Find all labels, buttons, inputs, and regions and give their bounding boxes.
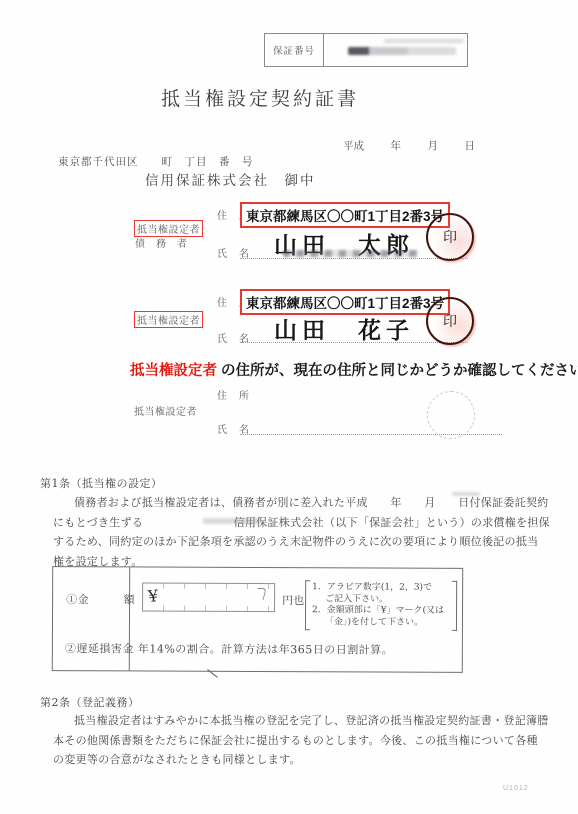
date-era: 平成 [343,138,364,153]
party1-seal-stamp: 印 [426,213,474,261]
article1-line2: にもとづき生ずる 信用保証株式会社（以下「保証会社」という）の求償権を担保 [53,513,553,533]
delay-damages-value: 年14%の割合。計算方法は年365日の日割計算。 [138,640,394,657]
guarantee-number-label: 保証番号 [265,34,324,66]
party2-role-mortgagor: 抵当権設定者 [134,311,203,328]
party2-name-value: 山田 花子 [274,312,414,345]
article2-line2: 本その他関係書類をただちに保証会社に提出するものとします。今後、この抵当権につい… [53,731,553,751]
terms-table: ①金 額 ¥ 円也 1．アラビア数字(1，2，3)で ご記入下さい。 2．金額頭… [52,566,463,673]
form-code: U1012 [503,785,529,792]
guarantee-number-box: 保証番号 [264,33,468,67]
delay-damages-label: ②遅延損害金 [65,640,134,656]
party1-signature-redacted [283,250,418,257]
date-year-label: 年 [391,138,402,153]
date-line: 平成 年 月 日 [343,138,475,153]
amount-row-label: ①金 額 [66,591,135,607]
party3-address-label: 住 所 [217,387,250,402]
amount-entry-box: ¥ [142,582,275,612]
date-month-label: 月 [428,138,439,153]
mortgage-contract-document: 保証番号 抵当権設定契約証書 平成 年 月 日 東京都千代田区 町 丁目 番 号… [0,0,578,814]
notice-highlight: 抵当権設定者 [130,363,217,379]
article2-body: 抵当権設定者はすみやかに本抵当権の登記を完了し、登記済の抵当権設定契約証書・登記… [53,711,553,770]
article2-line3: の変更等の合意がなされたときも同様とします。 [53,750,553,770]
party1-name-line [240,258,468,259]
notice-text: の住所が、現在の住所と同じかどうか確認してください [221,363,578,379]
amount-note-line4: 「金」)を付して下さい。 [312,617,450,629]
amount-notes: 1．アラビア数字(1，2，3)で ご記入下さい。 2．金額頭部に「¥」マーク(又… [305,580,457,631]
article1-body: 債務者および抵当権設定者は、債務者が別に差入れた平成 年 月 日付保証委託契約 … [53,493,553,571]
party1-role-debtor: 債 務 者 [135,235,188,250]
guarantee-number-redacted-faint [384,39,464,43]
scan-smudge-date [452,492,480,496]
party3-seal-placeholder [427,391,475,439]
amount-note-line2: ご記入下さい。 [312,594,450,606]
amount-note-line3: 2．金額頭部に「¥」マーク(又は [312,605,450,617]
guarantee-number-redacted [348,47,456,55]
article1-heading: 第1条（抵当権の設定） [40,475,163,491]
date-day-label: 日 [465,138,476,153]
recipient-address: 東京都千代田区 町 丁目 番 号 [58,154,254,169]
amount-unit-label: 円也 [282,592,304,608]
yen-mark-handwritten: ¥ [147,586,159,606]
party2-name-line [240,342,468,343]
amount-note-line1: 1．アラビア数字(1，2，3)で [312,582,450,594]
party1-address-value: 東京都練馬区〇〇町1丁目2番3号 [240,202,450,228]
address-check-notice: 抵当権設定者の住所が、現在の住所と同じかどうか確認してください [130,359,578,380]
page-title: 抵当権設定契約証書 [130,84,390,111]
article1-line3: するため、同約定のほか下記条項を承認のうえ末記物件のうえに次の要項により順位後記… [53,532,553,552]
article2-heading: 第2条（登記義務） [40,694,140,710]
article2-line1: 抵当権設定者はすみやかに本抵当権の登記を完了し、登記済の抵当権設定契約証書・登記… [53,711,553,731]
party3-role-mortgagor: 抵当権設定者 [134,403,197,418]
scan-smudge-company [203,518,261,524]
guarantee-number-value [324,34,467,66]
party2-seal-stamp: 印 [426,297,474,345]
amount-redacted-stroke [255,588,267,600]
recipient-name: 信用保証株式会社 御中 [145,169,316,189]
